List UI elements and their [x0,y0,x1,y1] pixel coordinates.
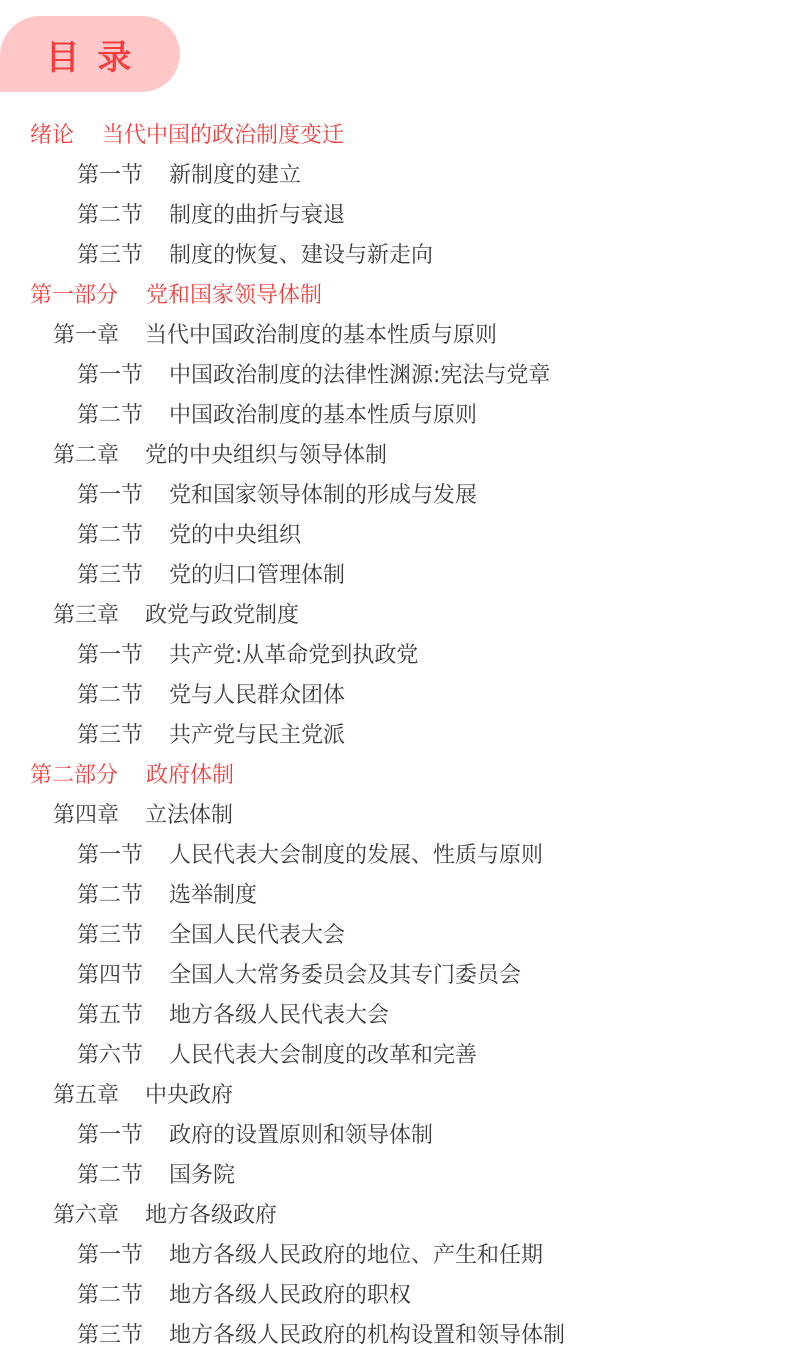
toc-item[interactable]: 第二节 党与人民群众团体 [30,673,565,713]
page-title: 目 录 [46,30,135,79]
toc-item-title: 当代中国的政治制度变迁 [102,118,344,149]
toc-item-label: 第二节 [77,878,143,909]
toc-item-label: 第三节 [77,238,143,269]
toc-item-title: 党和国家领导体制 [146,278,322,309]
toc-item[interactable]: 第一节 政府的设置原则和领导体制 [30,1113,565,1153]
toc-item[interactable]: 第一节 新制度的建立 [30,153,565,193]
toc-item[interactable]: 第三节 共产党与民主党派 [30,713,565,753]
toc-item[interactable]: 第二节 地方各级人民政府的职权 [30,1273,565,1313]
toc-item[interactable]: 第三节 党的归口管理体制 [30,553,565,593]
toc-item[interactable]: 第三节 制度的恢复、建设与新走向 [30,233,565,273]
toc-item[interactable]: 第一节 共产党:从革命党到执政党 [30,633,565,673]
toc-item-label: 第二部分 [30,758,118,789]
toc-item[interactable]: 第六章 地方各级政府 [30,1193,565,1233]
toc-item-label: 第一节 [77,638,143,669]
toc-item-label: 第三章 [53,598,119,629]
toc-item-title: 全国人大常务委员会及其专门委员会 [169,958,521,989]
toc-item[interactable]: 第一节 地方各级人民政府的地位、产生和任期 [30,1233,565,1273]
toc-item-label: 第一节 [77,358,143,389]
toc-item[interactable]: 第一章 当代中国政治制度的基本性质与原则 [30,313,565,353]
toc-item-title: 党的归口管理体制 [169,558,345,589]
toc-item[interactable]: 第四章 立法体制 [30,793,565,833]
toc-item-title: 国务院 [169,1158,235,1189]
toc-item[interactable]: 第一节 党和国家领导体制的形成与发展 [30,473,565,513]
toc-item-title: 中国政治制度的基本性质与原则 [169,398,477,429]
toc-item-title: 选举制度 [169,878,257,909]
toc-item-title: 政党与政党制度 [145,598,299,629]
toc-item-label: 第三节 [77,558,143,589]
toc-item-label: 第六节 [77,1038,143,1069]
toc-item[interactable]: 第二节 制度的曲折与衰退 [30,193,565,233]
toc-item[interactable]: 第二节 选举制度 [30,873,565,913]
toc-item-label: 第一部分 [30,278,118,309]
toc-item[interactable]: 第六节 人民代表大会制度的改革和完善 [30,1033,565,1073]
toc-item[interactable]: 第二节 国务院 [30,1153,565,1193]
toc-item-label: 第一节 [77,838,143,869]
toc-item-label: 第二节 [77,518,143,549]
toc-item-label: 第一节 [77,1118,143,1149]
toc-item-label: 第一节 [77,158,143,189]
toc-item-title: 党的中央组织 [169,518,301,549]
toc-item[interactable]: 第三节 全国人民代表大会 [30,913,565,953]
toc-item-label: 第四章 [53,798,119,829]
toc-item[interactable]: 第一节 人民代表大会制度的发展、性质与原则 [30,833,565,873]
toc-header-badge: 目 录 [0,16,180,92]
toc-item-title: 地方各级人民代表大会 [169,998,389,1029]
toc-item-label: 第五节 [77,998,143,1029]
toc-item-title: 制度的恢复、建设与新走向 [169,238,433,269]
toc-item-label: 第五章 [53,1078,119,1109]
toc-item-title: 共产党:从革命党到执政党 [169,638,418,669]
toc-item-label: 第二章 [53,438,119,469]
toc-item-title: 地方各级政府 [145,1198,277,1229]
toc-item-label: 第三节 [77,718,143,749]
toc-item[interactable]: 第三章 政党与政党制度 [30,593,565,633]
toc-item-title: 当代中国政治制度的基本性质与原则 [145,318,497,349]
toc-item-title: 党与人民群众团体 [169,678,345,709]
toc-item-label: 绪论 [30,118,74,149]
toc-item-title: 人民代表大会制度的发展、性质与原则 [169,838,543,869]
toc-item-title: 全国人民代表大会 [169,918,345,949]
toc-item-label: 第二节 [77,678,143,709]
toc-list: 绪论 当代中国的政治制度变迁 第一节 新制度的建立 第二节 制度的曲折与衰退 第… [30,113,565,1353]
toc-item[interactable]: 第二部分 政府体制 [30,753,565,793]
toc-item[interactable]: 第一部分 党和国家领导体制 [30,273,565,313]
toc-item-title: 地方各级人民政府的职权 [169,1278,411,1309]
toc-item-title: 政府的设置原则和领导体制 [169,1118,433,1149]
toc-item-label: 第四节 [77,958,143,989]
toc-item-title: 党的中央组织与领导体制 [145,438,387,469]
toc-item-title: 共产党与民主党派 [169,718,345,749]
toc-item-title: 人民代表大会制度的改革和完善 [169,1038,477,1069]
toc-item-label: 第三节 [77,1318,143,1349]
toc-item-title: 政府体制 [146,758,234,789]
toc-item-label: 第二节 [77,1158,143,1189]
toc-item-title: 中国政治制度的法律性渊源:宪法与党章 [169,358,550,389]
toc-item[interactable]: 第四节 全国人大常务委员会及其专门委员会 [30,953,565,993]
toc-item[interactable]: 第二章 党的中央组织与领导体制 [30,433,565,473]
toc-item[interactable]: 第二节 中国政治制度的基本性质与原则 [30,393,565,433]
toc-item-label: 第二节 [77,198,143,229]
toc-item-label: 第一节 [77,1238,143,1269]
toc-item-label: 第一节 [77,478,143,509]
toc-page: 目 录 绪论 当代中国的政治制度变迁 第一节 新制度的建立 第二节 制度的曲折与… [0,0,790,1356]
toc-item[interactable]: 第五节 地方各级人民代表大会 [30,993,565,1033]
toc-item[interactable]: 第三节 地方各级人民政府的机构设置和领导体制 [30,1313,565,1353]
toc-item-title: 中央政府 [145,1078,233,1109]
toc-item-label: 第二节 [77,1278,143,1309]
toc-item-label: 第六章 [53,1198,119,1229]
toc-item-title: 立法体制 [145,798,233,829]
toc-item-title: 制度的曲折与衰退 [169,198,345,229]
toc-item-title: 党和国家领导体制的形成与发展 [169,478,477,509]
toc-item-title: 地方各级人民政府的机构设置和领导体制 [169,1318,565,1349]
toc-item[interactable]: 第五章 中央政府 [30,1073,565,1113]
toc-item-label: 第二节 [77,398,143,429]
toc-item[interactable]: 绪论 当代中国的政治制度变迁 [30,113,565,153]
toc-item[interactable]: 第一节 中国政治制度的法律性渊源:宪法与党章 [30,353,565,393]
toc-item-label: 第三节 [77,918,143,949]
toc-item-label: 第一章 [53,318,119,349]
toc-item[interactable]: 第二节 党的中央组织 [30,513,565,553]
toc-item-title: 新制度的建立 [169,158,301,189]
toc-item-title: 地方各级人民政府的地位、产生和任期 [169,1238,543,1269]
